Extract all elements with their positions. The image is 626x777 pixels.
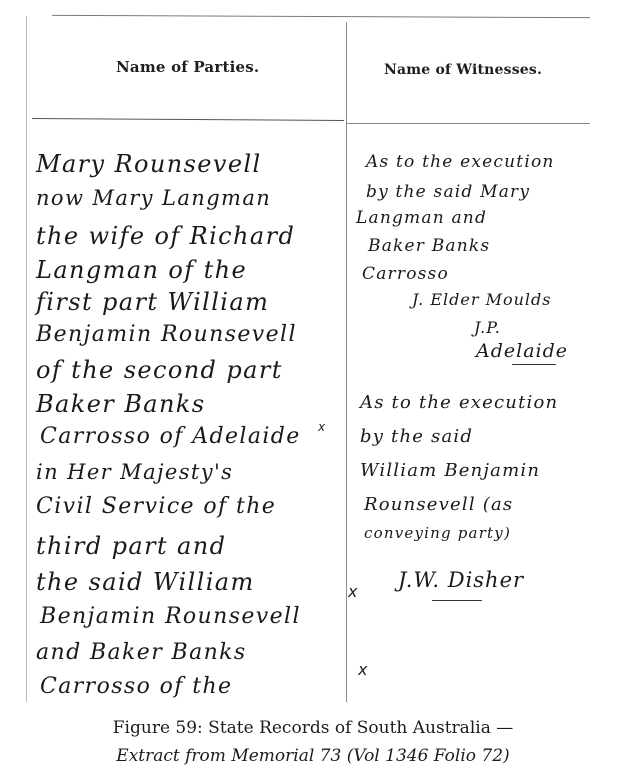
margin-mark: x: [318, 420, 325, 434]
column-header-witnesses: Name of Witnesses.: [384, 62, 542, 78]
figure-caption-title: Figure 59: State Records of South Austra…: [0, 718, 626, 738]
header-rule-right: [346, 123, 590, 124]
witness-signature-name: J. Elder Moulds: [412, 290, 551, 309]
parties-line: of the second part: [36, 356, 283, 384]
parties-line: Benjamin Rounsevell: [40, 604, 301, 629]
witness-line: conveying party): [364, 524, 511, 542]
header-rule-left: [32, 118, 344, 121]
parties-line: now Mary Langman: [36, 186, 271, 210]
figure-caption-subtitle: Extract from Memorial 73 (Vol 1346 Folio…: [0, 746, 626, 766]
witness-line: Langman and: [356, 208, 487, 228]
witness-signature-role: J.P.: [474, 318, 501, 337]
witness-line: As to the execution: [366, 152, 555, 172]
margin-mark: x: [358, 660, 367, 679]
signature-underline: [432, 600, 482, 601]
margin-mark: x: [348, 582, 357, 601]
parties-line: Mary Rounsevell: [36, 150, 262, 178]
witness-signature-name: J.W. Disher: [398, 568, 524, 592]
top-rule: [52, 15, 590, 18]
parties-line: Benjamin Rounsevell: [36, 322, 297, 347]
parties-line: the said William: [36, 568, 255, 596]
parties-line: Civil Service of the: [36, 494, 276, 519]
column-divider: [346, 22, 347, 702]
witness-line: William Benjamin: [360, 460, 540, 481]
left-margin-rule: [26, 16, 27, 702]
witness-line: by the said Mary: [366, 182, 530, 202]
witness-line: Rounsevell (as: [364, 494, 513, 515]
signature-underline: [512, 364, 556, 365]
parties-line: Carrosso of the: [40, 674, 232, 699]
register-scan: Name of Parties. Name of Witnesses. Mary…: [0, 0, 626, 705]
column-header-parties: Name of Parties.: [116, 58, 259, 76]
parties-line: Langman of the: [36, 256, 247, 284]
witness-line: Baker Banks: [368, 236, 490, 256]
parties-line: first part William: [36, 288, 269, 316]
parties-line: the wife of Richard: [36, 222, 295, 250]
parties-line: third part and: [36, 532, 226, 560]
witness-line: by the said: [360, 426, 473, 447]
parties-line: Baker Banks: [36, 390, 205, 418]
parties-line: and Baker Banks: [36, 640, 247, 665]
witness-signature-place: Adelaide: [476, 340, 568, 362]
witness-line: Carrosso: [362, 264, 449, 284]
parties-line: in Her Majesty's: [36, 460, 233, 484]
witness-line: As to the execution: [360, 392, 558, 413]
parties-line: Carrosso of Adelaide: [40, 424, 301, 449]
